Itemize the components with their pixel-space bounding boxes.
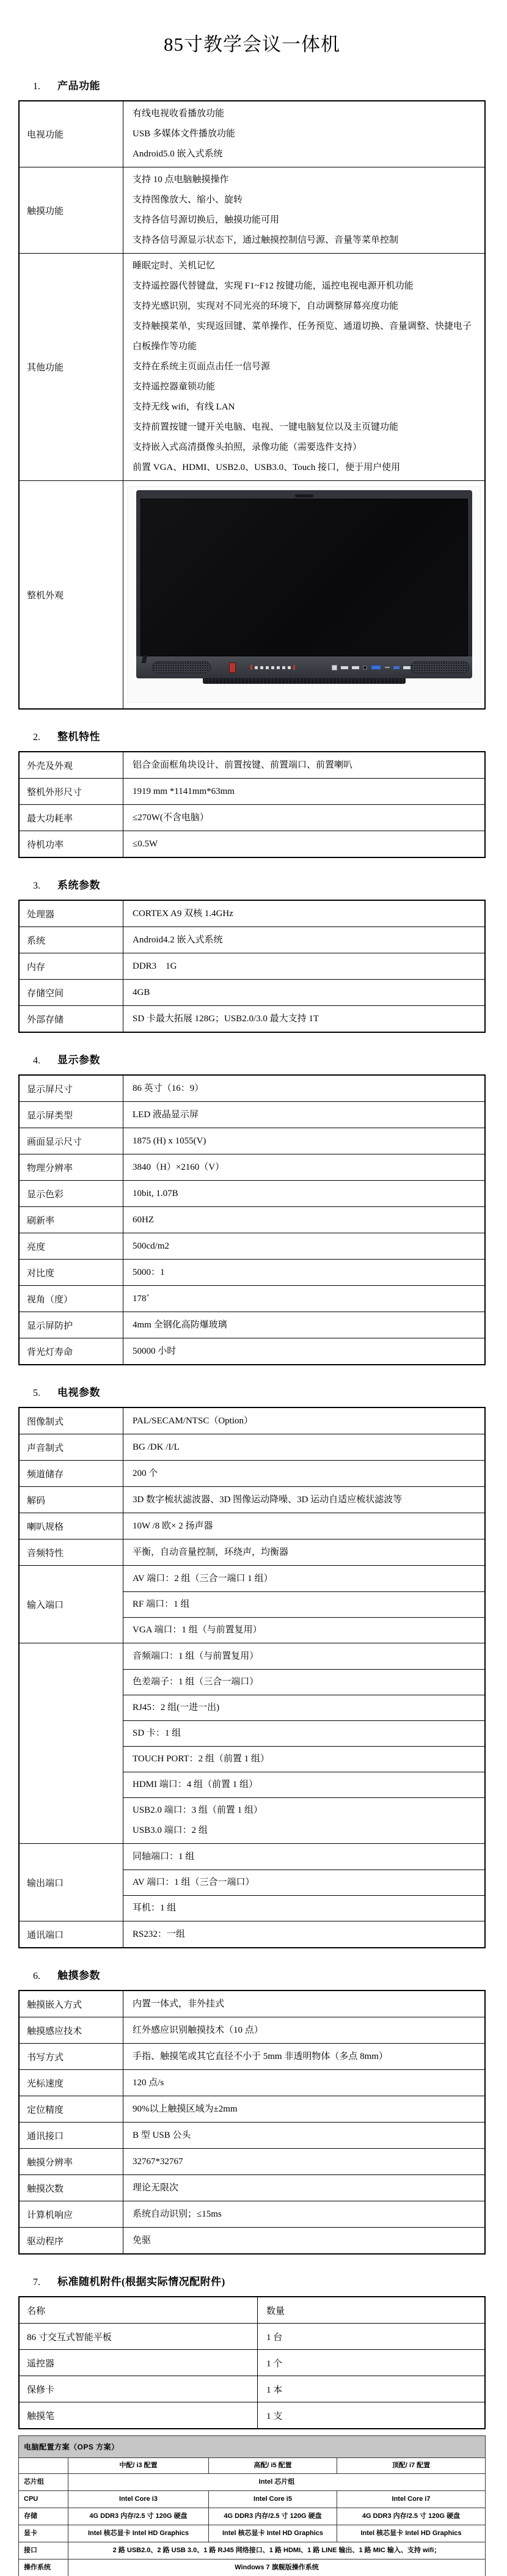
value-cell: 5000：1	[123, 1260, 484, 1285]
section-heading: 4.显示参数	[18, 1051, 486, 1066]
value-line: 系统自动识别；≤15ms	[133, 2204, 478, 2225]
value-cell: PAL/SECAM/NTSC（Option）	[123, 1408, 484, 1434]
table-row: 外壳及外观铝合金面框角块设计、前置按键、前置端口、前置喇叭	[20, 752, 484, 778]
section-heading: 1.产品功能	[18, 77, 486, 92]
value-line: ≤0.5W	[133, 834, 478, 854]
row-values: 10W /8 欧× 2 扬声器	[123, 1513, 484, 1539]
value-line: 1919 mm *1141mm*63mm	[133, 782, 478, 802]
speaker-grille-right-icon	[410, 661, 469, 673]
section-title-text: 整机特性	[57, 728, 100, 743]
row-values: 5000：1	[123, 1260, 484, 1285]
row-label: 输出端口	[20, 1844, 123, 1921]
item-qty-cell: 1 本	[258, 2376, 484, 2402]
value-cell: 睡眠定时、关机记忆支持遥控器代替键盘，实现 F1~F12 按键功能，遥控电视电源…	[123, 254, 484, 480]
section-number: 6.	[33, 1971, 57, 1982]
row-label: 背光灯寿命	[20, 1338, 123, 1364]
row-values: 有线电视收看播放功能USB 多媒体文件播放功能Android5.0 嵌入式系统	[123, 101, 484, 167]
row-label: 亮度	[20, 1233, 123, 1259]
table-row: 内存DDR3 1G	[20, 953, 484, 979]
row-values: 3840（H）×2160（V）	[123, 1154, 484, 1180]
value-cell: 铝合金面框角块设计、前置按键、前置端口、前置喇叭	[123, 752, 484, 778]
item-name-cell: 触摸笔	[20, 2402, 258, 2428]
camera-notch	[295, 494, 313, 497]
value-line: 支持各信号源切换后，触摸功能可用	[133, 210, 478, 230]
row-values: 3D 数字梳状滤波器、3D 图像运动降噪、3D 运动自适应梳状滤波等	[123, 1487, 484, 1513]
table-row: 画面显示尺寸1875 (H) x 1055(V)	[20, 1128, 484, 1154]
value-line: RF 端口：1 组	[133, 1594, 478, 1615]
config-span-cell: Windows 7 旗舰版操作系统	[68, 2559, 485, 2576]
value-line: 3840（H）×2160（V）	[133, 1158, 478, 1178]
section-heading: 6.触摸参数	[18, 1967, 486, 1982]
section-heading: 2.整机特性	[18, 728, 486, 743]
table-row: 触摸嵌入方式内置一体式，非外挂式	[20, 1991, 484, 2017]
value-line: 1875 (H) x 1055(V)	[133, 1131, 478, 1151]
row-values: CORTEX A9 双核 1.4GHz	[123, 901, 484, 927]
spec-table: 名称数量86 寸交互式智能平板1 台遥控器1 个保修卡1 本触摸笔1 支	[18, 2296, 486, 2429]
front-button-icon	[271, 666, 274, 669]
item-name-cell: 名称	[20, 2297, 258, 2323]
device-bezel	[136, 490, 472, 678]
value-line: 音频端口：1 组（与前置复用）	[133, 1646, 478, 1667]
row-label: 解码	[20, 1487, 123, 1513]
value-line: SD 卡最大拓展 128G；USB2.0/3.0 最大支持 1T	[133, 1009, 478, 1029]
row-label: 视角（度）	[20, 1286, 123, 1312]
value-cell: VGA 端口：1 组（与前置复用）	[123, 1617, 484, 1643]
section-number: 2.	[33, 732, 57, 743]
usb-port-icon	[352, 666, 359, 669]
ops-config-header: 电脑配置方案（OPS 方案）	[19, 2436, 485, 2458]
value-line: LED 液晶显示屏	[133, 1105, 478, 1125]
row-label: 物理分辨率	[20, 1154, 123, 1180]
row-label: 显示屏防护	[20, 1312, 123, 1338]
table-row: 触摸分辨率32767*32767	[20, 2148, 484, 2174]
spec-table: 电视功能有线电视收看播放功能USB 多媒体文件播放功能Android5.0 嵌入…	[18, 100, 486, 710]
spec-table: 图像制式PAL/SECAM/NTSC（Option）声音制式BG /DK /I/…	[18, 1407, 486, 1948]
table-row: 亮度500cd/m2	[20, 1233, 484, 1259]
row-values	[123, 481, 484, 708]
value-line: DDR3 1G	[133, 956, 478, 977]
table-row: 显示屏防护4mm 全钢化高防爆玻璃	[20, 1312, 484, 1338]
row-values: 手指、触摸笔或其它直径不小于 5mm 非透明物体（多点 8mm）	[123, 2044, 484, 2069]
row-values: 免驱	[123, 2228, 484, 2253]
row-values: 120 点/s	[123, 2070, 484, 2096]
table-row: 外部存储SD 卡最大拓展 128G；USB2.0/3.0 最大支持 1T	[20, 1005, 484, 1032]
value-line: 86 英寸（16：9）	[133, 1079, 478, 1099]
row-values: 32767*32767	[123, 2149, 484, 2174]
row-values: 同轴端口：1 组AV 端口：1 组（三合一端口）耳机：1 组	[123, 1844, 484, 1921]
value-cell: 4mm 全钢化高防爆玻璃	[123, 1312, 484, 1338]
row-label: 刷新率	[20, 1207, 123, 1233]
row-values: 音频端口：1 组（与前置复用）色差端子：1 组（三合一端口）RJ45：2 组(一…	[123, 1643, 484, 1843]
front-buttons	[250, 665, 295, 670]
config-row: 接口2 路 USB2.0、2 路 USB 3.0、1 路 RJ45 网络接口、1…	[19, 2542, 485, 2559]
item-qty-cell: 1 个	[258, 2350, 484, 2376]
config-column-header: 顶配/ i7 配置	[337, 2458, 485, 2473]
row-label: 整机外形尺寸	[20, 779, 123, 804]
value-cell: 3840（H）×2160（V）	[123, 1154, 484, 1180]
spec-table: 触摸嵌入方式内置一体式，非外挂式触摸感应技术红外感应识别触摸技术（10 点）书写…	[18, 1990, 486, 2255]
value-cell: 耳机：1 组	[123, 1895, 484, 1921]
table-row: 存储空间4GB	[20, 979, 484, 1005]
value-line: Android5.0 嵌入式系统	[133, 144, 478, 164]
value-cell: 支持 10 点电脑触摸操作支持图像放大、缩小、旋转支持各信号源切换后，触摸功能可…	[123, 167, 484, 253]
value-cell: 90%以上触摸区域为±2mm	[123, 2096, 484, 2122]
value-line: 3D 数字梳状滤波器、3D 图像运动降噪、3D 运动自适应梳状滤波等	[133, 1490, 478, 1510]
item-qty-cell: 数量	[258, 2297, 484, 2323]
row-values: BG /DK /I/L	[123, 1434, 484, 1460]
value-line: 10W /8 欧× 2 扬声器	[133, 1516, 478, 1536]
device-photo	[127, 486, 481, 703]
section-title-text: 系统参数	[57, 876, 100, 892]
section-number: 1.	[33, 81, 57, 92]
spec-table: 外壳及外观铝合金面框角块设计、前置按键、前置端口、前置喇叭整机外形尺寸 1919…	[18, 751, 486, 858]
table-row: 解码3D 数字梳状滤波器、3D 图像运动降噪、3D 运动自适应梳状滤波等	[20, 1486, 484, 1513]
section-title-text: 标准随机附件(根据实际情况配附件)	[57, 2273, 225, 2288]
row-values: 60HZ	[123, 1207, 484, 1233]
config-row-label: 操作系统	[19, 2559, 68, 2576]
config-row-label: CPU	[19, 2491, 68, 2508]
value-cell: SD 卡：1 组	[123, 1720, 484, 1746]
value-line: ≤270W(不含电脑）	[133, 808, 478, 828]
row-label: 通讯端口	[20, 1921, 123, 1947]
value-line: 铝合金面框角块设计、前置按键、前置端口、前置喇叭	[133, 755, 478, 776]
value-cell: 32767*32767	[123, 2149, 484, 2174]
spec-table: 处理器CORTEX A9 双核 1.4GHz系统Android4.2 嵌入式系统…	[18, 900, 486, 1033]
vent-strip	[203, 678, 406, 684]
config-span-cell: Intel 芯片组	[68, 2474, 485, 2490]
section-number: 5.	[33, 1388, 57, 1399]
value-cell: B 型 USB 公头	[123, 2123, 484, 2148]
value-line: 红外感应识别触摸技术（10 点）	[133, 2020, 478, 2041]
config-column-header: 高配/ i5 配置	[208, 2458, 337, 2473]
section-number: 4.	[33, 1055, 57, 1066]
row-label: 其他功能	[20, 254, 123, 480]
table-row: 保修卡1 本	[20, 2376, 484, 2402]
config-value-cell: 4G DDR3 内存/2.5 寸 120G 硬盘	[208, 2508, 337, 2525]
value-cell: RJ45：2 组(一进一出)	[123, 1695, 484, 1720]
document-body: 1.产品功能电视功能有线电视收看播放功能USB 多媒体文件播放功能Android…	[18, 77, 486, 2576]
usb-port-icon	[403, 666, 410, 669]
value-cell: ≤0.5W	[123, 831, 484, 857]
row-label: 通讯接口	[20, 2123, 123, 2148]
table-row: 触摸感应技术红外感应识别触摸技术（10 点）	[20, 2017, 484, 2043]
row-label: 音频特性	[20, 1539, 123, 1565]
row-values: 500cd/m2	[123, 1233, 484, 1259]
table-row: 系统Android4.2 嵌入式系统	[20, 927, 484, 953]
table-row: 整机外观	[20, 480, 484, 708]
front-port-cluster	[332, 665, 410, 670]
value-cell: CORTEX A9 双核 1.4GHz	[123, 901, 484, 927]
value-line: 免驱	[133, 2231, 478, 2251]
table-row: 显示色彩10bit, 1.07B	[20, 1180, 484, 1206]
value-line: 10bit, 1.07B	[133, 1184, 478, 1204]
section-heading: 5.电视参数	[18, 1384, 486, 1399]
row-label: 电视功能	[20, 101, 123, 167]
table-row: 最大功耗率≤270W(不含电脑）	[20, 804, 484, 831]
vga-port-icon	[371, 665, 381, 670]
config-row-label: 显卡	[19, 2525, 68, 2542]
device-bottom-bar	[136, 656, 472, 678]
value-line: 60HZ	[133, 1210, 478, 1230]
value-line: 睡眠定时、关机记忆	[133, 256, 478, 276]
value-cell: 理论无限次	[123, 2175, 484, 2201]
row-label: 计算机响应	[20, 2201, 123, 2227]
row-values: 1919 mm *1141mm*63mm	[123, 779, 484, 804]
usb-port-icon	[341, 666, 348, 669]
row-values: 50000 小时	[123, 1338, 484, 1364]
hdmi-port-icon	[385, 667, 390, 668]
row-label: 触摸嵌入方式	[20, 1991, 123, 2017]
value-cell: RS232：一组	[123, 1921, 484, 1947]
table-row: 光标速度120 点/s	[20, 2069, 484, 2096]
value-cell: 500cd/m2	[123, 1233, 484, 1259]
table-row: 触摸笔1 支	[20, 2402, 484, 2428]
value-line: SD 卡：1 组	[133, 1723, 478, 1744]
row-label: 定位精度	[20, 2096, 123, 2122]
row-label: 最大功耗率	[20, 805, 123, 831]
value-cell: SD 卡最大拓展 128G；USB2.0/3.0 最大支持 1T	[123, 1006, 484, 1032]
row-label: 驱动程序	[20, 2228, 123, 2253]
config-header-row: 中配/ i3 配置高配/ i5 配置顶配/ i7 配置	[19, 2458, 485, 2473]
sd-slot-icon	[332, 665, 337, 670]
value-line: CORTEX A9 双核 1.4GHz	[133, 904, 478, 924]
section-number: 3.	[33, 881, 57, 892]
front-button-icon	[282, 666, 285, 669]
table-row: 声音制式BG /DK /I/L	[20, 1434, 484, 1460]
value-cell: 手指、触摸笔或其它直径不小于 5mm 非透明物体（多点 8mm）	[123, 2044, 484, 2069]
value-line: 支持 10 点电脑触摸操作	[133, 170, 478, 190]
value-cell: RF 端口：1 组	[123, 1591, 484, 1617]
table-row: 频道储存200 个	[20, 1460, 484, 1486]
row-values: 200 个	[123, 1461, 484, 1486]
row-values: DDR3 1G	[123, 953, 484, 979]
row-label: 存储空间	[20, 980, 123, 1005]
table-row: 音频特性平衡，自动音量控制，环绕声，均衡器	[20, 1539, 484, 1565]
value-cell: 86 英寸（16：9）	[123, 1076, 484, 1101]
value-cell: LED 液晶显示屏	[123, 1102, 484, 1128]
value-cell: 200 个	[123, 1461, 484, 1486]
table-row: 刷新率60HZ	[20, 1206, 484, 1233]
value-line: 支持遥控器代替键盘，实现 F1~F12 按键功能，遥控电视电源开机功能	[133, 276, 478, 296]
value-cell: 10W /8 欧× 2 扬声器	[123, 1513, 484, 1539]
value-line: 支持在系统主页面点击任一信号源	[133, 357, 478, 377]
value-line: HDMI 端口：4 组（前置 1 组）	[133, 1775, 478, 1795]
row-label: 声音制式	[20, 1434, 123, 1460]
value-cell: Android4.2 嵌入式系统	[123, 927, 484, 953]
value-cell: 系统自动识别；≤15ms	[123, 2201, 484, 2227]
value-cell: 平衡，自动音量控制，环绕声，均衡器	[123, 1539, 484, 1565]
row-label: 触摸分辨率	[20, 2149, 123, 2174]
table-row: 对比度5000：1	[20, 1259, 484, 1285]
value-line: PAL/SECAM/NTSC（Option）	[133, 1411, 478, 1431]
value-line: 有线电视收看播放功能	[133, 104, 478, 124]
table-row: 背光灯寿命50000 小时	[20, 1338, 484, 1364]
value-line: 120 点/s	[133, 2073, 478, 2093]
value-cell: AV 端口：2 组（三合一端口 1 组）	[123, 1566, 484, 1591]
table-row: 其他功能睡眠定时、关机记忆支持遥控器代替键盘，实现 F1~F12 按键功能，遥控…	[20, 253, 484, 480]
value-line: 手指、触摸笔或其它直径不小于 5mm 非透明物体（多点 8mm）	[133, 2047, 478, 2067]
table-row: 处理器CORTEX A9 双核 1.4GHz	[20, 901, 484, 927]
config-value-cell: Intel 核芯显卡 Intel HD Graphics	[68, 2525, 208, 2542]
config-row: 显卡Intel 核芯显卡 Intel HD GraphicsIntel 核芯显卡…	[19, 2525, 485, 2542]
table-row: 视角（度）178˚	[20, 1285, 484, 1312]
value-line: 支持遥控器童锁功能	[133, 377, 478, 397]
table-row: 图像制式PAL/SECAM/NTSC（Option）	[20, 1408, 484, 1434]
table-row: 电视功能有线电视收看播放功能USB 多媒体文件播放功能Android5.0 嵌入…	[20, 101, 484, 167]
section-heading: 7.标准随机附件(根据实际情况配附件)	[18, 2273, 486, 2288]
config-row-label: 芯片组	[19, 2474, 68, 2490]
row-label: 频道储存	[20, 1461, 123, 1486]
row-label: 显示色彩	[20, 1181, 123, 1206]
config-row-label: 存储	[19, 2508, 68, 2525]
item-name-cell: 86 寸交互式智能平板	[20, 2324, 258, 2349]
config-value-cell: Intel Core i3	[68, 2491, 208, 2508]
table-row: 显示屏尺寸86 英寸（16：9）	[20, 1076, 484, 1101]
value-cell: AV 端口：1 组（三合一端口）	[123, 1870, 484, 1895]
table-row: 音频端口：1 组（与前置复用）色差端子：1 组（三合一端口）RJ45：2 组(一…	[20, 1643, 484, 1843]
row-values: 178˚	[123, 1286, 484, 1312]
row-label: 书写方式	[20, 2044, 123, 2069]
table-row: 86 寸交互式智能平板1 台	[20, 2323, 484, 2349]
config-row-label: 接口	[19, 2542, 68, 2559]
row-label: 对比度	[20, 1260, 123, 1285]
table-row: 通讯接口B 型 USB 公头	[20, 2122, 484, 2148]
spec-table: 显示屏尺寸86 英寸（16：9）显示屏类型LED 液晶显示屏画面显示尺寸1875…	[18, 1074, 486, 1365]
row-values: ≤270W(不含电脑）	[123, 805, 484, 831]
value-cell: 有线电视收看播放功能USB 多媒体文件播放功能Android5.0 嵌入式系统	[123, 101, 484, 167]
front-button-icon	[266, 666, 269, 669]
row-values: 10bit, 1.07B	[123, 1181, 484, 1206]
section-heading: 3.系统参数	[18, 876, 486, 892]
speaker-grille-left-icon	[152, 661, 211, 673]
value-cell: 音频端口：1 组（与前置复用）	[123, 1643, 484, 1669]
row-values: 铝合金面框角块设计、前置按键、前置端口、前置喇叭	[123, 752, 484, 778]
value-line: 50000 小时	[133, 1341, 478, 1362]
value-line: 4mm 全钢化高防爆玻璃	[133, 1315, 478, 1335]
table-row: 显示屏类型LED 液晶显示屏	[20, 1101, 484, 1128]
front-button-icon	[255, 666, 258, 669]
row-values: PAL/SECAM/NTSC（Option）	[123, 1408, 484, 1434]
value-line: 90%以上触摸区域为±2mm	[133, 2099, 478, 2119]
value-line: 耳机：1 组	[133, 1898, 478, 1918]
row-values: 支持 10 点电脑触摸操作支持图像放大、缩小、旋转支持各信号源切换后，触摸功能可…	[123, 167, 484, 253]
row-values: RS232：一组	[123, 1921, 484, 1947]
audio-jack-icon	[363, 666, 367, 670]
value-cell: 红外感应识别触摸技术（10 点）	[123, 2017, 484, 2043]
row-label: 画面显示尺寸	[20, 1128, 123, 1154]
table-row: 遥控器1 个	[20, 2349, 484, 2376]
value-line: TOUCH PORT：2 组（前置 1 组）	[133, 1749, 478, 1769]
value-cell: ≤270W(不含电脑）	[123, 805, 484, 831]
value-line: 500cd/m2	[133, 1236, 478, 1257]
config-value-cell: 4G DDR3 内存/2.5 寸 120G 硬盘	[337, 2508, 485, 2525]
power-switch-icon	[229, 662, 236, 673]
config-corner-cell	[19, 2458, 68, 2473]
table-row: 输入端口AV 端口：2 组（三合一端口 1 组）RF 端口：1 组VGA 端口：…	[20, 1565, 484, 1643]
value-line: USB 多媒体文件播放功能	[133, 124, 478, 144]
value-cell: DDR3 1G	[123, 953, 484, 979]
value-cell: 10bit, 1.07B	[123, 1181, 484, 1206]
row-values: 理论无限次	[123, 2175, 484, 2201]
ops-config-table: 电脑配置方案（OPS 方案）中配/ i3 配置高配/ i5 配置顶配/ i7 配…	[18, 2435, 486, 2576]
row-label: 外壳及外观	[20, 752, 123, 778]
value-line: 178˚	[133, 1289, 478, 1309]
item-name-cell: 遥控器	[20, 2350, 258, 2376]
front-button-icon	[277, 666, 280, 669]
row-values: 4mm 全钢化高防爆玻璃	[123, 1312, 484, 1338]
row-label: 光标速度	[20, 2070, 123, 2096]
value-line: 前置 VGA、HDMI、USB2.0、USB3.0、Touch 接口，便于用户使…	[133, 458, 478, 478]
document-page: 85寸教学会议一体机 1.产品功能电视功能有线电视收看播放功能USB 多媒体文件…	[0, 31, 507, 2576]
value-cell: TOUCH PORT：2 组（前置 1 组）	[123, 1746, 484, 1772]
row-label: 触摸感应技术	[20, 2017, 123, 2043]
item-qty-cell: 1 支	[258, 2402, 484, 2428]
row-label: 系统	[20, 927, 123, 953]
row-label: 触摸次数	[20, 2175, 123, 2201]
value-cell: BG /DK /I/L	[123, 1434, 484, 1460]
config-row: 存储4G DDR3 内存/2.5 寸 120G 硬盘4G DDR3 内存/2.5…	[19, 2508, 485, 2525]
row-values: ≤0.5W	[123, 831, 484, 857]
value-line: 色差端子：1 组（三合一端口）	[133, 1672, 478, 1692]
value-line: 支持各信号源显示状态下，通过触摸控制信号源、音量等菜单控制	[133, 230, 478, 251]
value-line: 200 个	[133, 1464, 478, 1484]
front-button-icon	[260, 666, 263, 669]
row-values: 内置一体式，非外挂式	[123, 1991, 484, 2017]
value-cell: 内置一体式，非外挂式	[123, 1991, 484, 2017]
value-cell: 色差端子：1 组（三合一端口）	[123, 1669, 484, 1695]
value-line: AV 端口：1 组（三合一端口）	[133, 1873, 478, 1893]
section-title-text: 电视参数	[57, 1384, 100, 1399]
row-label: 待机功率	[20, 831, 123, 857]
config-row: CPUIntel Core i3Intel Core i5Intel Core …	[19, 2490, 485, 2508]
config-span-cell: 2 路 USB2.0、2 路 USB 3.0、1 路 RJ45 网络接口、1 路…	[68, 2542, 485, 2559]
row-label: 图像制式	[20, 1408, 123, 1434]
row-label: 显示屏尺寸	[20, 1076, 123, 1101]
value-cell: 178˚	[123, 1286, 484, 1312]
value-cell: 50000 小时	[123, 1338, 484, 1364]
row-label: 输入端口	[20, 1566, 123, 1643]
value-cell: 3D 数字梳状滤波器、3D 图像运动降噪、3D 运动自适应梳状滤波等	[123, 1487, 484, 1513]
value-line: 同轴端口：1 组	[133, 1847, 478, 1867]
value-line: 平衡，自动音量控制，环绕声，均衡器	[133, 1543, 478, 1563]
device-front	[136, 490, 472, 684]
value-cell: 4GB	[123, 980, 484, 1005]
config-row: 芯片组Intel 芯片组	[19, 2473, 485, 2490]
row-values: SD 卡最大拓展 128G；USB2.0/3.0 最大支持 1T	[123, 1006, 484, 1032]
front-button-icon	[288, 666, 291, 669]
section-title-text: 触摸参数	[57, 1967, 100, 1982]
section-title-text: 显示参数	[57, 1051, 100, 1066]
value-line: 支持前置按键一键开关电脑、电视、一键电脑复位以及主页键功能	[133, 417, 478, 438]
value-line: B 型 USB 公头	[133, 2126, 478, 2146]
table-row: 定位精度90%以上触摸区域为±2mm	[20, 2096, 484, 2122]
item-name-cell: 保修卡	[20, 2376, 258, 2402]
table-row: 待机功率≤0.5W	[20, 831, 484, 857]
config-value-cell: Intel 核芯显卡 Intel HD Graphics	[208, 2525, 337, 2542]
row-values: 1875 (H) x 1055(V)	[123, 1128, 484, 1154]
config-value-cell: Intel 核芯显卡 Intel HD Graphics	[337, 2525, 485, 2542]
value-line: 支持光感识别，实现对不同光亮的环境下，自动调整屏幕亮度功能	[133, 296, 478, 317]
value-line: 内置一体式，非外挂式	[133, 1994, 478, 2014]
table-row: 名称数量	[20, 2297, 484, 2323]
row-label: 处理器	[20, 901, 123, 927]
section-number: 7.	[33, 2277, 57, 2288]
value-line: 支持嵌入式高清摄像头拍照，录像功能（需要选件支持）	[133, 438, 478, 458]
table-row: 喇叭规格10W /8 欧× 2 扬声器	[20, 1513, 484, 1539]
row-label: 整机外观	[20, 481, 123, 708]
table-row: 整机外形尺寸 1919 mm *1141mm*63mm	[20, 778, 484, 804]
row-values: Android4.2 嵌入式系统	[123, 927, 484, 953]
